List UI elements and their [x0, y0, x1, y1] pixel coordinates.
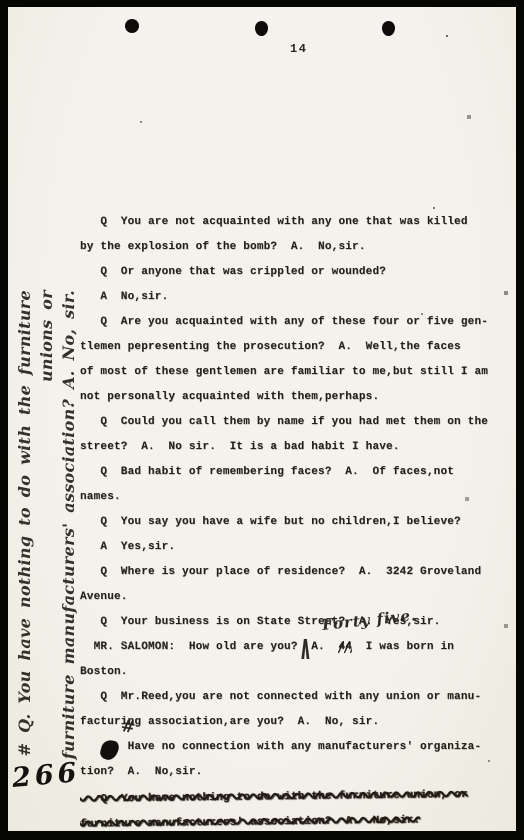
folio-number: 266: [11, 757, 82, 794]
transcript-line: Q You are not acquainted with any one th…: [80, 210, 510, 235]
transcript-line: Have no connection with any manufacturer…: [80, 735, 510, 760]
caret-mark: ∧: [299, 627, 312, 668]
transcript-line: names.: [80, 485, 510, 510]
transcript-body: Q You are not acquainted with any one th…: [80, 210, 510, 835]
transcript-line: Q Your business is on State Street? A. Y…: [80, 610, 510, 635]
transcript-line: MR. SALOMON: How old are you? A. 44 I wa…: [80, 635, 510, 660]
struck-out-age: 44: [338, 641, 352, 653]
transcript-line: Q Are you acquainted with any of these f…: [80, 310, 510, 335]
punch-hole-icon: [382, 21, 395, 36]
transcript-line: Q Could you call them by name if you had…: [80, 410, 510, 435]
transcript-line: street? A. No sir. It is a bad habit I h…: [80, 435, 510, 460]
transcript-line: A No,sir.: [80, 285, 510, 310]
transcript-line: Q Mr.Reed,you are not connected with any…: [80, 685, 510, 710]
transcript-line: Boston.: [80, 660, 510, 685]
scanned-page: 14 Q You are not acquainted with any one…: [0, 0, 524, 840]
transcript-line: Avenue.: [80, 585, 510, 610]
transcript-line: A Yes,sir.: [80, 535, 510, 560]
margin-note-line-1: # Q. You have nothing to do with the fur…: [14, 290, 58, 805]
transcript-line: Q Where is your place of residence? A. 3…: [80, 560, 510, 585]
transcript-line: by the explosion of the bomb? A. No,sir.: [80, 235, 510, 260]
margin-note-line-2: furniture manufacturers' association? A.…: [58, 290, 80, 805]
transcript-line: facturing association,are you? A. No, si…: [80, 710, 510, 735]
punch-hole-icon: [255, 21, 268, 36]
transcript-line: tion? A. No,sir.: [80, 760, 510, 785]
transcript-line: of most of these gentlemen are familiar …: [80, 360, 510, 385]
margin-note: # Q. You have nothing to do with the fur…: [14, 290, 80, 805]
transcript-line: tlemen pepresenting the prosecution? A. …: [80, 335, 510, 360]
scan-specks: [0, 0, 2, 2]
transcript-line: Q You say you have a wife but no childre…: [80, 510, 510, 535]
page-number: 14: [290, 42, 307, 56]
transcript-line: furniture manufacturers' association? A.…: [80, 807, 510, 837]
transcript-line: Q Or anyone that was crippled or wounded…: [80, 260, 510, 285]
transcript-line: Q Bad habit of remembering faces? A. Of …: [80, 460, 510, 485]
punch-hole-icon: [125, 19, 139, 33]
transcript-line: not personally acquainted with them,perh…: [80, 385, 510, 410]
